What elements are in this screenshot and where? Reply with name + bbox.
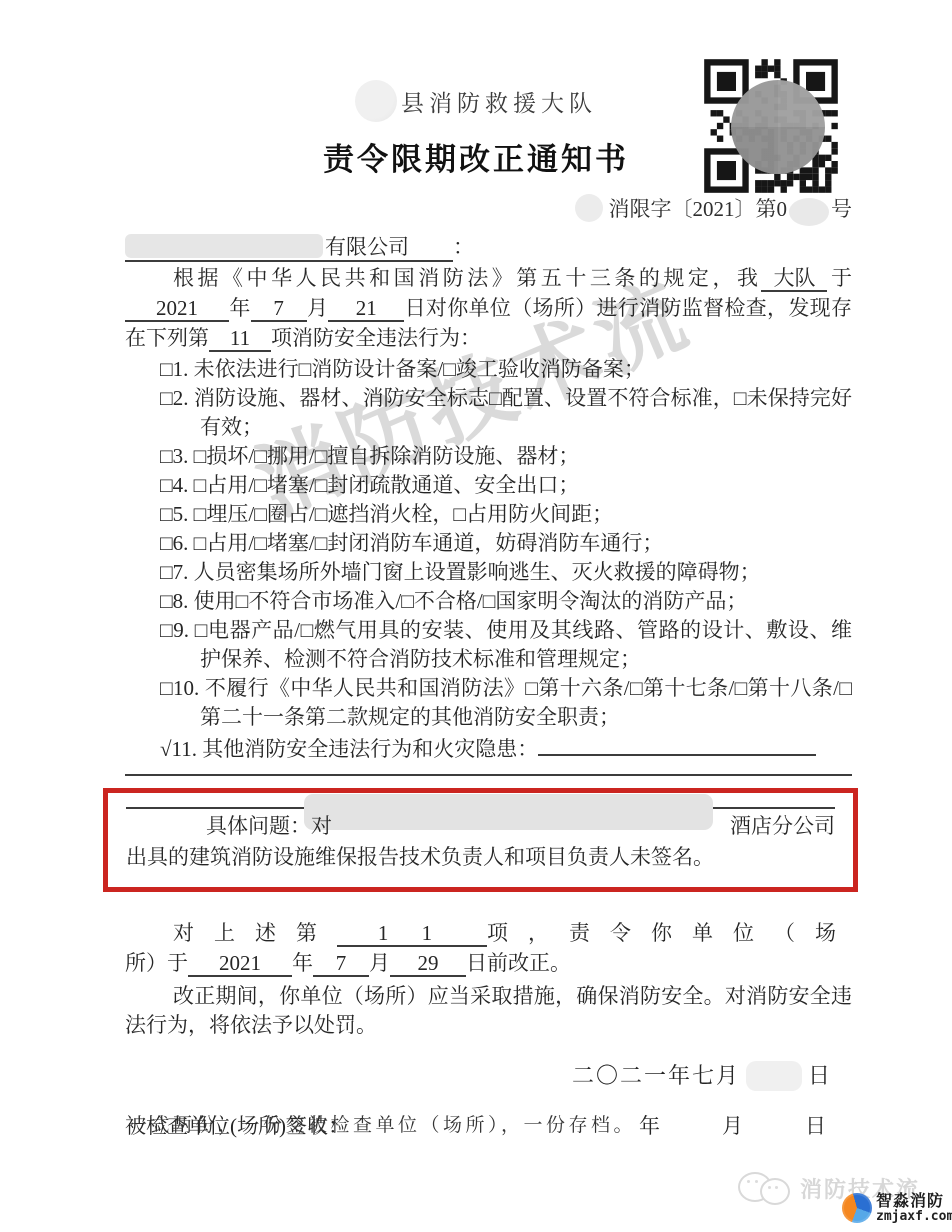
violation-item-text: □6. □占用/□堵塞/□封闭消防车通道，妨碍消防车通行； [160, 531, 663, 555]
label-month: 月 [369, 951, 390, 975]
intro-text: 项消防安全违法行为： [271, 326, 481, 350]
violation-item-text: □8. 使用□不符合市场准入/□不合格/□国家明令淘汰的消防产品； [160, 589, 747, 613]
intro-text: 于 [827, 266, 852, 290]
violation-item: □9. □电器产品/□燃气用具的安装、使用及其线路、管路的设计、敷设、维护保养、… [125, 616, 852, 674]
redaction-blur-number [789, 198, 829, 226]
violation-item-text: □5. □埋压/□圈占/□遮挡消火栓，□占用防火间距； [160, 502, 613, 526]
blank-day: 21 [328, 296, 404, 322]
violation-item-text: □9. □电器产品/□燃气用具的安装、使用及其线路、管路的设计、敷设、维护保养、… [160, 618, 852, 671]
zm-logo-block: 智淼消防 zmjaxf.com [842, 1193, 952, 1223]
intro-paragraph: 根据《中华人民共和国消防法》第五十三条的规定，我大队于2021年7月21日对你单… [125, 263, 852, 353]
blank-inspector: 大队 [761, 266, 827, 292]
issue-date-text: 二〇二一年七月 [572, 1063, 740, 1088]
order-text: 日前改正。 [466, 951, 571, 975]
label-day: 日 [805, 1114, 826, 1138]
blank-order-year: 2021 [188, 951, 292, 977]
order-text: 所）于 [125, 951, 188, 975]
problem-suffix: 酒店分公司 [730, 811, 835, 842]
zm-site-url: zmjaxf.com [876, 1210, 952, 1224]
blank-month: 7 [251, 296, 307, 322]
violation-item-text: □4. □占用/□堵塞/□封闭疏散通道、安全出口； [160, 473, 579, 497]
redaction-blur-company [125, 234, 323, 258]
blank-order-item: 1 1 [337, 921, 487, 947]
doc-number: 消限字〔2021〕第0 号 [575, 193, 853, 223]
problem-line-2: 出具的建筑消防设施维保报告技术负责人和项目负责人未签名。 [126, 842, 835, 873]
addressee-colon: ： [453, 235, 474, 259]
redaction-blur-hotel [304, 794, 713, 830]
violation-item: □5. □埋压/□圈占/□遮挡消火栓，□占用防火间距； [125, 500, 852, 529]
problem-highlight-box: 具体问题：对 酒店分公司 出具的建筑消防设施维保报告技术负责人和项目负责人未签名… [103, 788, 858, 892]
problem-lead: 具体问题：对 [126, 811, 332, 842]
violation-item-blank-line [538, 732, 816, 756]
addressee-line: 有限公司： [125, 231, 852, 263]
order-paragraph: 对上述第1 1项，责令你单位（场 所）于2021年7月29日前改正。 [125, 918, 852, 978]
violation-item-text: □1. 未依法进行□消防设计备案/□竣工验收消防备案； [160, 357, 645, 381]
addressee-underline: 有限公司 [125, 234, 453, 262]
violation-item-text: □7. 人员密集场所外墙门窗上设置影响逃生、灭火救援的障碍物； [160, 560, 761, 584]
blank-item-count: 11 [209, 326, 271, 352]
addressee-company-suffix: 有限公司 [325, 235, 409, 259]
violation-item: □1. 未依法进行□消防设计备案/□竣工验收消防备案； [125, 355, 852, 384]
order-line-2: 所）于2021年7月29日前改正。 [125, 948, 852, 978]
label-year: 年 [292, 951, 313, 975]
redaction-blur-qr [731, 80, 825, 174]
label-month: 月 [722, 1114, 743, 1138]
issue-date-suffix: 日 [808, 1063, 832, 1088]
blank-year: 2021 [125, 296, 229, 322]
doc-body: 有限公司： 根据《中华人民共和国消防法》第五十三条的规定，我大队于2021年7月… [125, 231, 852, 1141]
violation-item-text: √11. 其他消防安全违法行为和火灾隐患： [160, 737, 538, 761]
blank-order-day: 29 [390, 951, 466, 977]
violation-item: □3. □损坏/□挪用/□擅自拆除消防设施、器材； [125, 442, 852, 471]
violation-item: □4. □占用/□堵塞/□封闭疏散通道、安全出口； [125, 471, 852, 500]
redaction-blur-county [355, 80, 397, 122]
redaction-blur-date [746, 1061, 802, 1091]
label-year: 年 [229, 296, 251, 320]
issuing-org-name: 县消防救援大队 [401, 85, 597, 118]
notice-document-page: 消防技术流 县消防救援大队 责令限期改正通知书 消限字〔2021〕第0 号 有限… [0, 0, 952, 1232]
zm-logo-icon [842, 1193, 872, 1223]
violation-item: □7. 人员密集场所外墙门窗上设置影响逃生、灭火救援的障碍物； [125, 558, 852, 587]
qr-code [701, 56, 841, 196]
problem-line-1: 具体问题：对 酒店分公司 [126, 811, 835, 842]
intro-text: 根据《中华人民共和国消防法》第五十三条的规定，我 [173, 266, 761, 290]
redaction-blur-prefix [575, 194, 603, 222]
doc-number-prefix: 消限字〔2021〕第0 [609, 193, 788, 223]
label-month: 月 [307, 296, 329, 320]
blank-order-month: 7 [313, 951, 369, 977]
order-text: 对上述第 [173, 921, 337, 945]
label-year: 年 [639, 1114, 660, 1138]
zm-brand-name: 智淼消防 [876, 1193, 952, 1210]
issue-date-line: 二〇二一年七月日 [125, 1061, 852, 1091]
wechat-bubbles-icon [738, 1168, 794, 1208]
violation-item: □6. □占用/□堵塞/□封闭消防车通道，妨碍消防车通行； [125, 529, 852, 558]
violation-item: □2. 消防设施、器材、消防安全标志□配置、设置不符合标准，□未保持完好有效； [125, 384, 852, 442]
violation-item-text: □10. 不履行《中华人民共和国消防法》□第十六条/□第十七条/□第十八条/□第… [160, 676, 852, 729]
violation-item: □8. 使用□不符合市场准入/□不合格/□国家明令淘汰的消防产品； [125, 587, 852, 616]
copies-note: 一式两份，一份交被检查单位（场所），一份存档。 [128, 1110, 636, 1137]
violation-item-text: □2. 消防设施、器材、消防安全标志□配置、设置不符合标准，□未保持完好有效； [160, 386, 852, 439]
violation-item-text: □3. □损坏/□挪用/□擅自拆除消防设施、器材； [160, 444, 579, 468]
doc-number-suffix: 号 [831, 193, 852, 223]
order-line-1: 对上述第1 1项，责令你单位（场 [125, 918, 852, 948]
violation-items: □1. 未依法进行□消防设计备案/□竣工验收消防备案； □2. 消防设施、器材、… [125, 355, 852, 764]
violation-item: □10. 不履行《中华人民共和国消防法》□第十六条/□第十七条/□第十八条/□第… [125, 674, 852, 732]
violation-item: √11. 其他消防安全违法行为和火灾隐患： [125, 732, 852, 764]
order-text: 项，责令你单位（场 [487, 921, 856, 945]
compliance-paragraph: 改正期间，你单位（场所）应当采取措施，确保消防安全。对消防安全违法行为，将依法予… [125, 982, 852, 1040]
blank-rule-line [125, 774, 852, 776]
